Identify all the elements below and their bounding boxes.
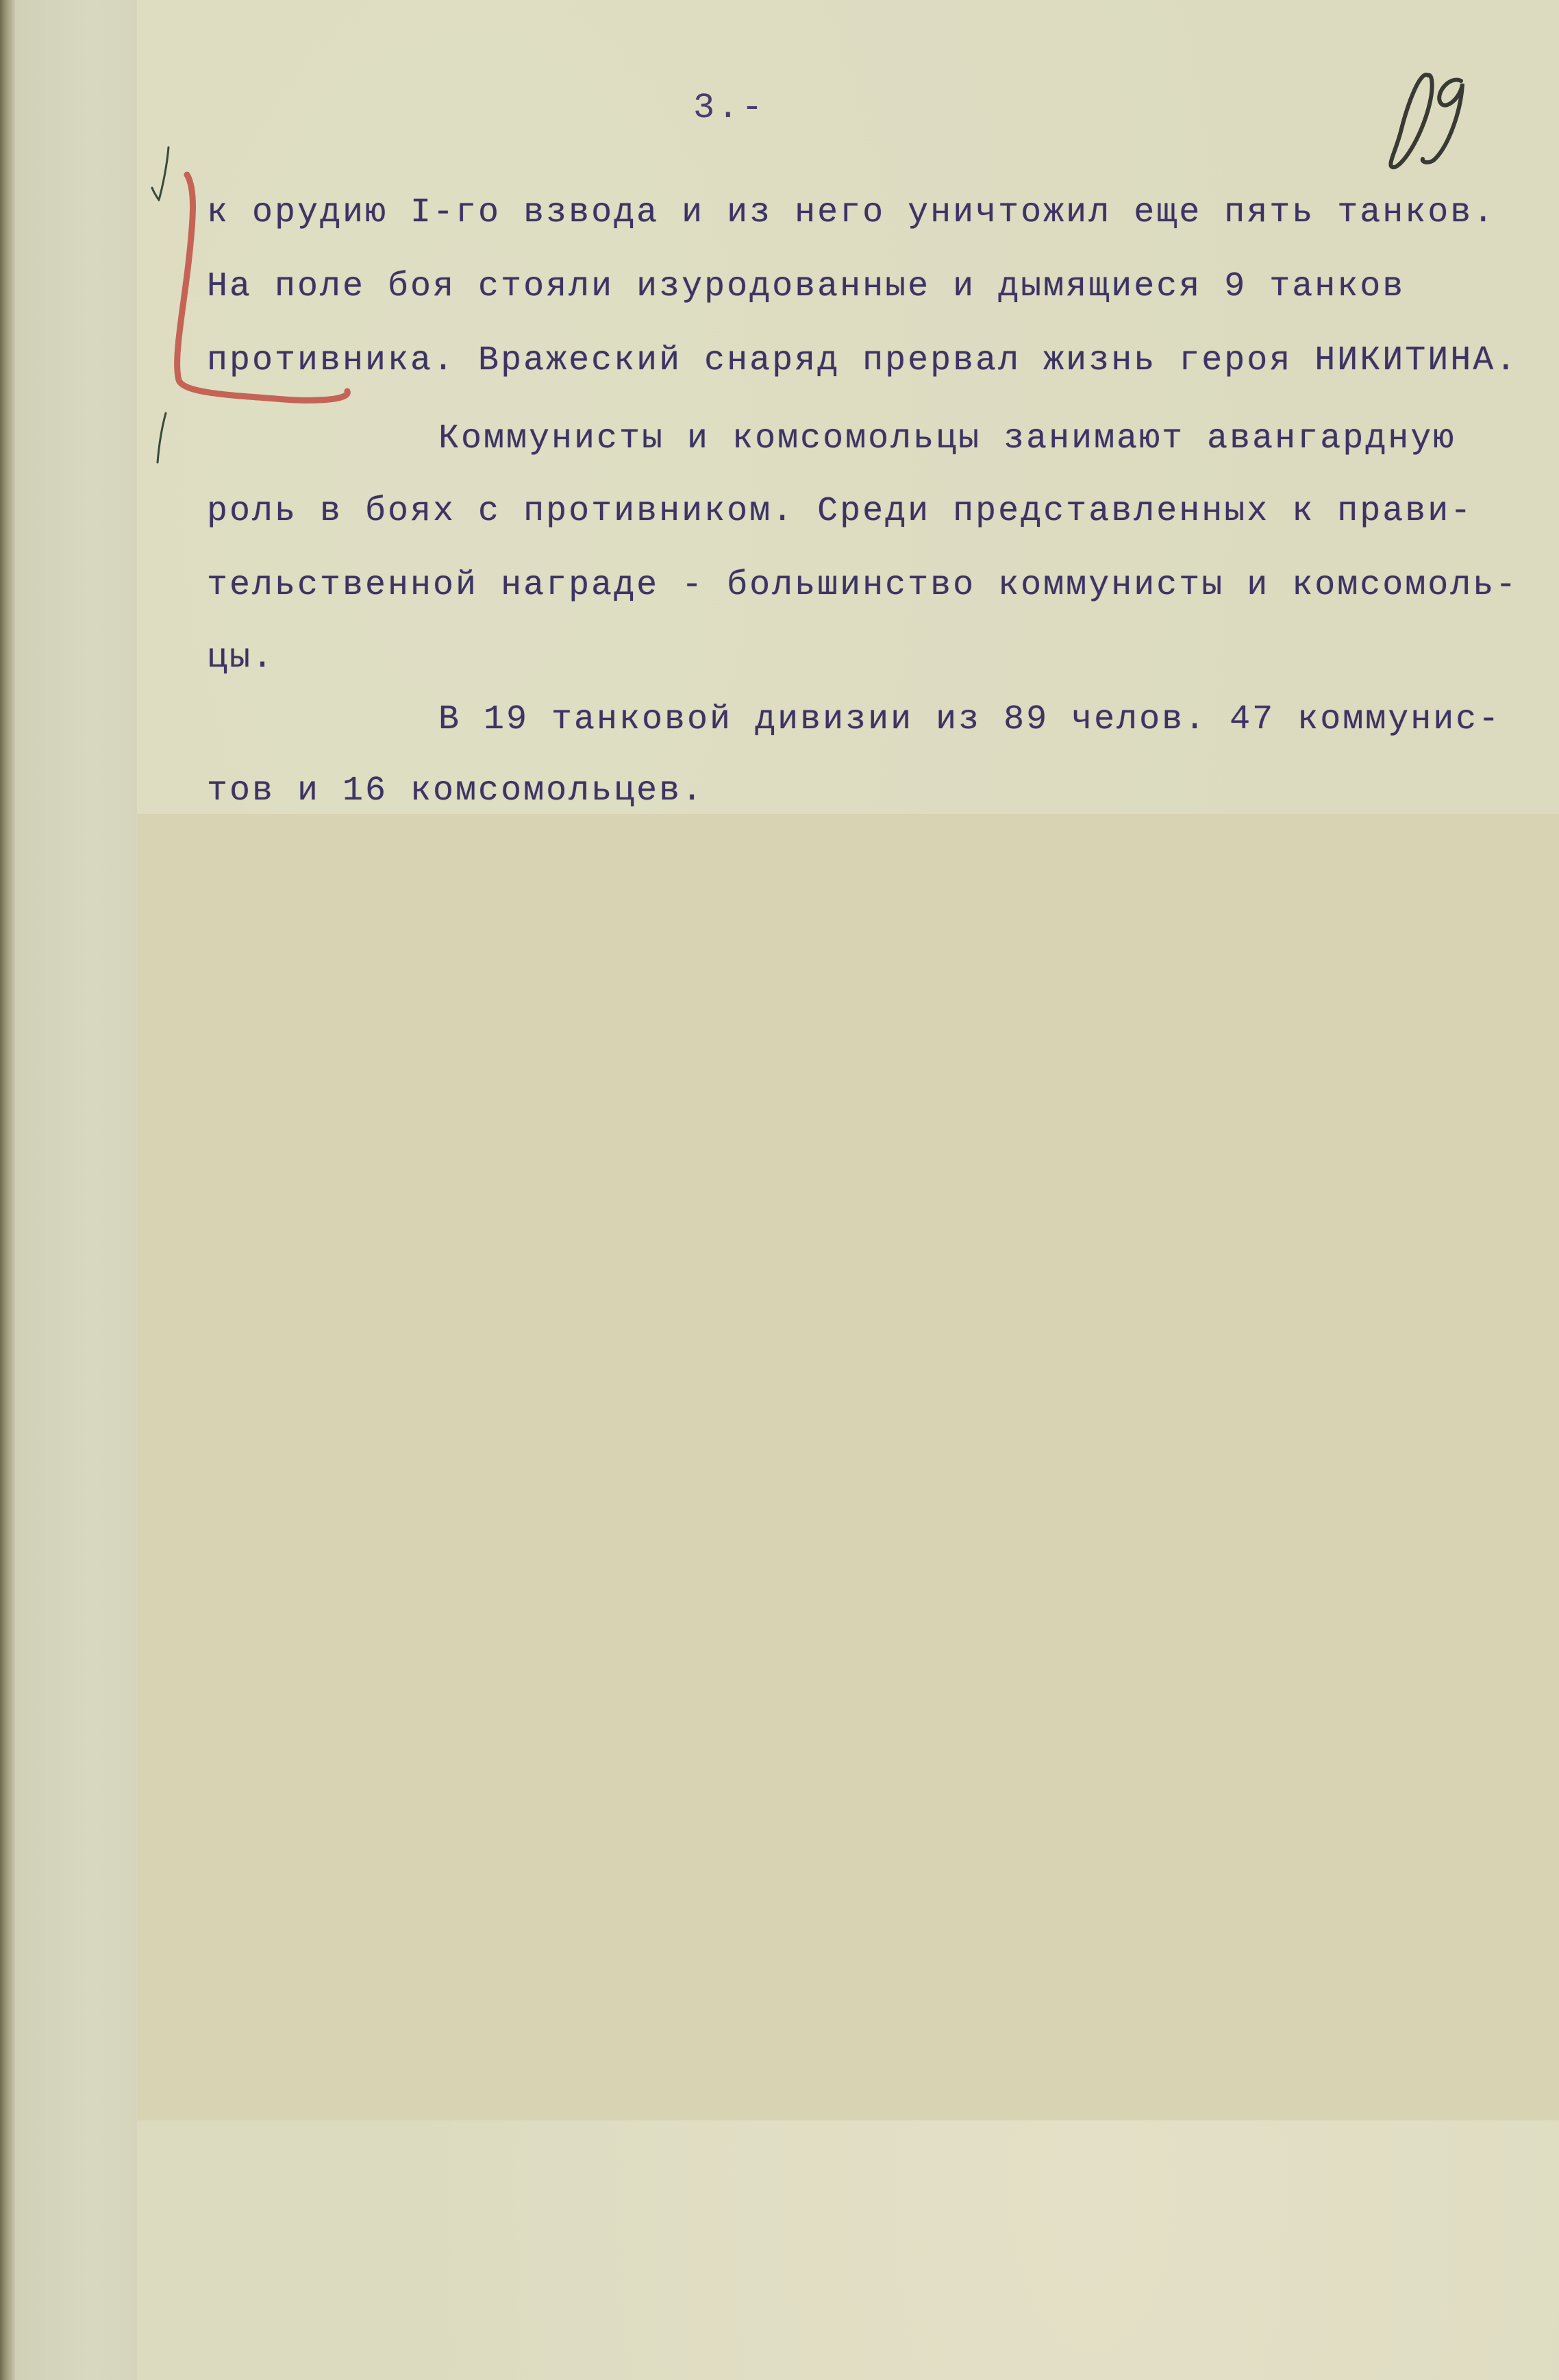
page-number: 3.- — [693, 88, 766, 128]
typed-line: цы. — [207, 639, 275, 678]
left-margin-strip — [15, 0, 137, 2380]
binding-edge — [0, 0, 15, 2380]
typed-line: Коммунисты и комсомольцы занимают аванга… — [438, 419, 1456, 458]
document-page: 3.- к орудию I-го взвода и из него уничт… — [0, 0, 1559, 2380]
typed-line: противника. Вражеский снаряд прервал жиз… — [207, 341, 1518, 380]
typed-line: роль в боях с противником. Среди предста… — [207, 492, 1473, 531]
handwritten-folio-number-icon — [1380, 63, 1483, 173]
pencil-check-mark-icon — [149, 408, 177, 469]
typed-line: к орудию I-го взвода и из него уничтожил… — [207, 193, 1495, 232]
typed-line: тельственной награде - большинство комму… — [207, 566, 1518, 605]
typed-line: тов и 16 комсомольцев. — [207, 771, 704, 810]
typed-line: В 19 танковой дивизии из 89 челов. 47 ко… — [438, 700, 1501, 739]
redaction-block — [137, 814, 1559, 2120]
typed-line: На поле боя стояли изуродованные и дымящ… — [207, 267, 1405, 306]
